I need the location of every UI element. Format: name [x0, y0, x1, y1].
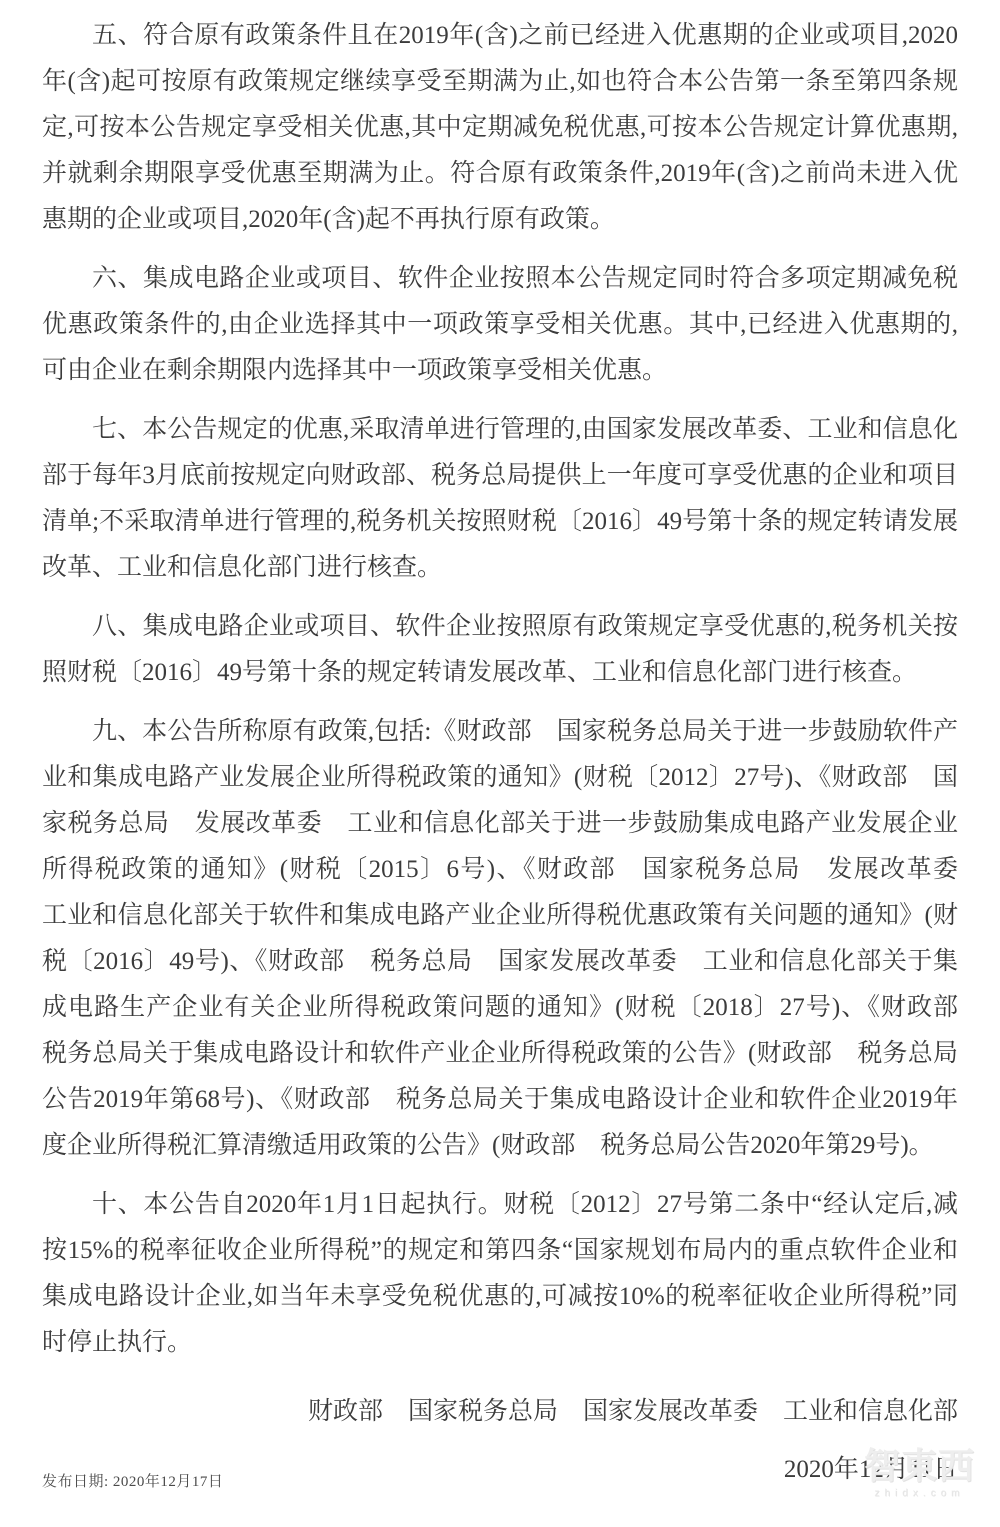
announcement-document-page: 五、符合原有政策条件且在2019年(含)之前已经进入优惠期的企业或项目,2020…: [0, 0, 1000, 1527]
document-body: 五、符合原有政策条件且在2019年(含)之前已经进入优惠期的企业或项目,2020…: [0, 0, 1000, 1486]
paragraph-article-9: 九、本公告所称原有政策,包括:《财政部 国家税务总局关于进一步鼓励软件产业和集成…: [42, 709, 958, 1169]
signature-agencies: 财政部 国家税务总局 国家发展改革委 工业和信息化部: [42, 1396, 958, 1428]
paragraph-article-5: 五、符合原有政策条件且在2019年(含)之前已经进入优惠期的企业或项目,2020…: [42, 13, 958, 243]
paragraph-article-8: 八、集成电路企业或项目、软件企业按照原有政策规定享受优惠的,税务机关按照财税〔2…: [42, 604, 958, 696]
paragraph-article-7: 七、本公告规定的优惠,采取清单进行管理的,由国家发展改革委、工业和信息化部于每年…: [42, 407, 958, 591]
paragraph-article-6: 六、集成电路企业或项目、软件企业按照本公告规定同时符合多项定期减免税优惠政策条件…: [42, 256, 958, 394]
zhidx-site-text: zhidx.com: [847, 1488, 992, 1499]
publish-date-label: 发布日期: 2020年12月17日: [42, 1470, 223, 1491]
paragraph-article-10: 十、本公告自2020年1月1日起执行。财税〔2012〕27号第二条中“经认定后,…: [42, 1182, 958, 1366]
